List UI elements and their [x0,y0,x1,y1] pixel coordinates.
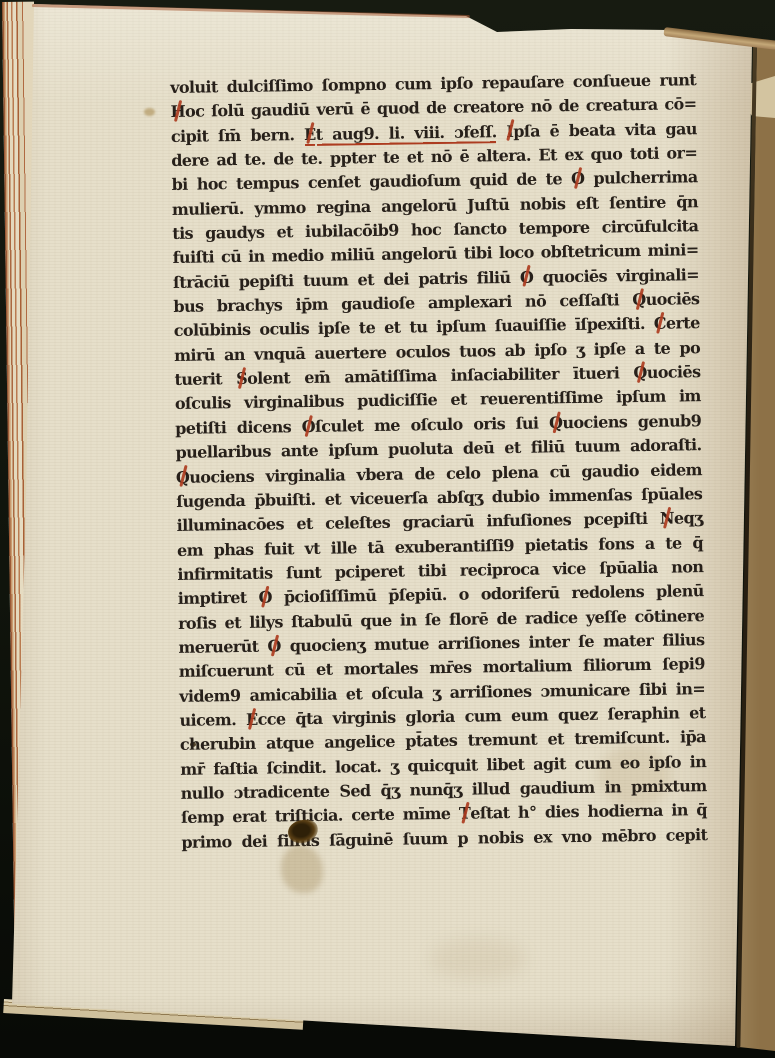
text-segment: eſtat h° dies hodierna in q̄ [470,800,707,823]
text-block: voluit dulciſſimo ſompno cum ipſo repauſ… [170,68,707,855]
rubricated-initial: Q [633,363,647,382]
rubricated-initial: O [520,267,534,286]
rubricated-initial: Q [176,467,190,486]
text-segment: tuerit [174,369,236,389]
text-segment: miſcuerunt cū et mortales mr̄es mortaliu… [179,654,705,681]
text-segment: uociens genub9 [562,411,701,432]
text-segment: cce q̄ta virginis gloria cum eum quez ſe… [258,703,706,729]
rubricated-initial: O [267,636,281,655]
rubricated-initial: Q [632,290,646,309]
paper-stain [430,938,526,980]
text-segment: puellaribus ante ipſum puoluta deū et fi… [175,435,701,462]
rubricated-initial: E [304,125,316,144]
rubricated-initial: O [258,588,272,607]
rubricated-initial: S [236,369,247,388]
rubricated-initial: O [571,169,585,188]
text-segment: meruerūt [178,637,267,657]
rubricated-initial: T [459,804,471,823]
rubricated-initial: Q [549,413,563,432]
text-segment: oc ſolū gaudiū verū ē quod de creatore n… [185,95,697,122]
text-segment: colūbinis oculis ipſe te et tu ipſum ſua… [174,314,654,340]
text-segment: illuminacōes et celeſtes graciarū infuſi… [177,509,661,535]
text-segment [497,122,507,141]
red-underlined-text: t aug9. li. viii. ɔfeſſ. [316,122,497,144]
text-segment: cherubin atque angelice pt̄ates tremunt … [180,727,706,754]
text-segment: erte [666,314,700,333]
ink-smudge [281,845,323,893]
text-segment: ſtrāciū pepiſti tuum et dei patris filiū [173,268,520,292]
rubricated-initial: I [506,122,513,141]
text-segment: primo dei filius ſāguinē ſuum p nobis ex… [181,825,707,852]
text-segment: quociēs virginali= [533,265,699,286]
text-segment: pſa ē beata vita gau [513,119,697,141]
text-segment: imptiret [178,588,259,608]
text-segment: uicem. [179,710,246,730]
rubricated-initial: H [170,102,185,121]
text-segment: bus brachys ip̄m gaudioſe amplexari nō c… [173,290,632,316]
text-segment: quocienʒ mutue arriſiones inter ſe mater… [281,630,705,655]
text-segment: uociēs [647,362,701,382]
text-segment: ſemp erat triſticia. certe mīme [181,804,459,827]
text-segment: p̄cioſiſſimū p̄ſepiū. o odoriferū redole… [272,581,704,606]
text-segment: uociēs [646,289,700,309]
text-segment: eqʒ [674,508,703,527]
rubricated-initial: O [302,417,316,436]
text-segment: ſculet me oſculo oris ſui [315,413,549,435]
text-segment: olent em̄ amātiſſima inſaciabiliter ītue… [247,363,634,388]
rubricated-initial: C [654,314,666,333]
scan-background: { "colors":{ "background":"#11150d", "pa… [0,0,775,1058]
paper-stain [144,108,155,116]
text-segment: pulcherrima [584,168,697,189]
rubricated-initial: E [246,710,258,729]
text-segment: petiſti dicens [175,417,302,438]
rubricated-initial: N [660,509,674,528]
text-segment: cipit ſm̄ bern. [171,125,304,146]
text-segment: bi hoc tempus cenſet gaudioſum quid de t… [171,169,571,194]
